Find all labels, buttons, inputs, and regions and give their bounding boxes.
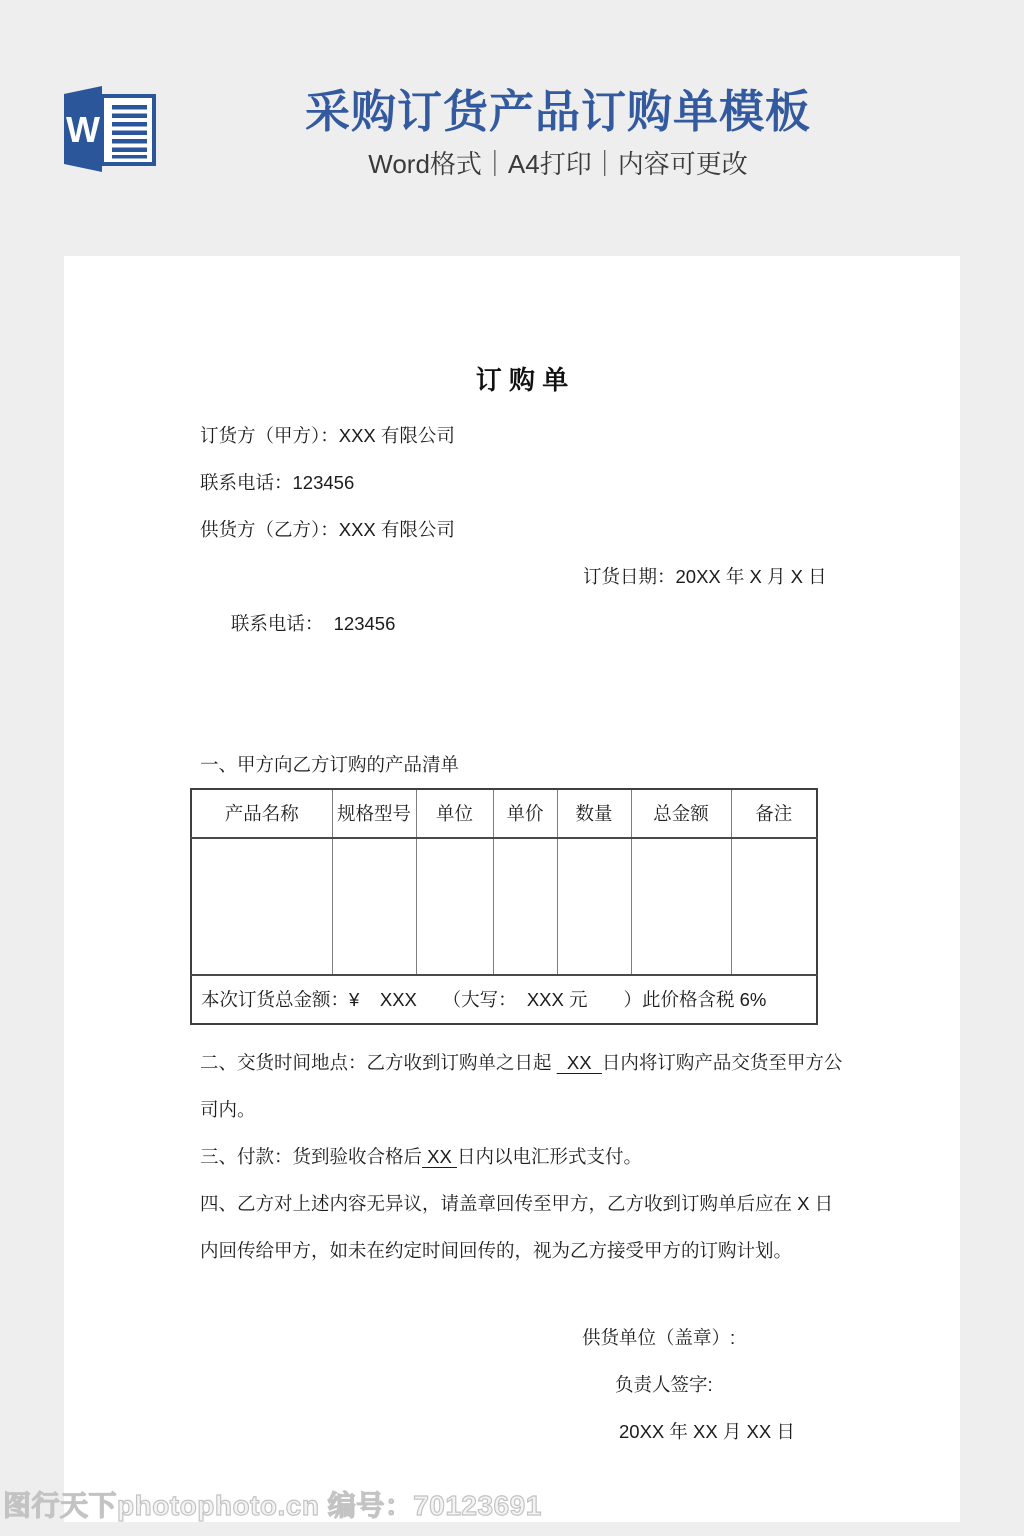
template-preview-page: { "colors": { "page_background": "#eeeee… [0,0,1024,1536]
signature-block: 供货单位（盖章）: 负责人签字: 20XX 年 XX 月 XX 日 [200,1314,844,1455]
section3-payment: 三、付款：货到验收合格后 XX 日内以电汇形式支付。 [200,1133,844,1180]
empty-cell [332,838,416,975]
section2-blank: XX [557,1052,602,1073]
supplier-phone-line: 联系电话： 123456 订货日期：20XX 年 X 月 X 日 [200,553,844,741]
empty-cell [416,838,493,975]
section2-delivery: 二、交货时间地点：乙方收到订购单之日起 XX 日内将订购产品交货至甲方公司内。 [200,1039,844,1133]
empty-cell [631,838,731,975]
word-icon-letter: W [66,109,100,150]
buyer-phone-line: 联系电话：123456 [200,459,844,506]
signer-line: 负责人签字: [615,1361,844,1408]
col-unit-price: 单价 [493,789,557,838]
col-product-name: 产品名称 [191,789,332,838]
header-text-block: 采购订货产品订购单模板 Word格式｜A4打印｜内容可更改 [156,80,960,180]
empty-cell [557,838,631,975]
page-title: 采购订货产品订购单模板 [156,84,960,140]
empty-cell [493,838,557,975]
products-table: 产品名称 规格型号 单位 单价 数量 总金额 备注 [190,788,818,1025]
supplier-line: 供货方（乙方）：XXX 有限公司 [200,506,844,553]
col-unit: 单位 [416,789,493,838]
col-quantity: 数量 [557,789,631,838]
col-spec-model: 规格型号 [332,789,416,838]
signature-date-line: 20XX 年 XX 月 XX 日 [619,1408,844,1455]
document-title: 订 购 单 [200,360,844,400]
section3-suffix: 日内以电汇形式支付。 [457,1146,642,1167]
col-remarks: 备注 [731,789,817,838]
site-watermark: 图行天下photophoto.cn 编号：70123691 [3,1484,542,1524]
document-preview-card: 订 购 单 订货方（甲方）：XXX 有限公司 联系电话：123456 供货方（乙… [64,256,960,1522]
document-content: 订 购 单 订货方（甲方）：XXX 有限公司 联系电话：123456 供货方（乙… [200,256,844,1455]
section3-prefix: 三、付款：货到验收合格后 [200,1146,422,1167]
template-header: W 采购订货产品订购单模板 Word格式｜A4打印｜内容可更改 [64,80,960,180]
table-total-row: 本次订货总金额：¥ XXX （大写： XXX 元 ）此价格含税 6% [191,975,817,1024]
page-subtitle: Word格式｜A4打印｜内容可更改 [156,148,960,180]
section1-heading: 一、甲方向乙方订购的产品清单 [200,741,844,788]
total-amount-cell: 本次订货总金额：¥ XXX （大写： XXX 元 ）此价格含税 6% [191,975,817,1024]
col-total-amount: 总金额 [631,789,731,838]
section4-terms: 四、乙方对上述内容无异议，请盖章回传至甲方，乙方收到订购单后应在 X 日内回传给… [200,1180,844,1274]
empty-cell [191,838,332,975]
section3-blank: XX [422,1146,457,1167]
table-empty-row [191,838,817,975]
buyer-line: 订货方（甲方）：XXX 有限公司 [200,412,844,459]
word-logo-icon: W [64,84,156,176]
supplier-seal-line: 供货单位（盖章）: [582,1314,844,1361]
section2-prefix: 二、交货时间地点：乙方收到订购单之日起 [200,1052,557,1073]
empty-cell [731,838,817,975]
table-header-row: 产品名称 规格型号 单位 单价 数量 总金额 备注 [191,789,817,838]
products-table-header: 产品名称 规格型号 单位 单价 数量 总金额 备注 [191,789,817,838]
supplier-phone: 联系电话： 123456 [231,613,396,634]
order-date: 订货日期：20XX 年 X 月 X 日 [583,553,827,600]
